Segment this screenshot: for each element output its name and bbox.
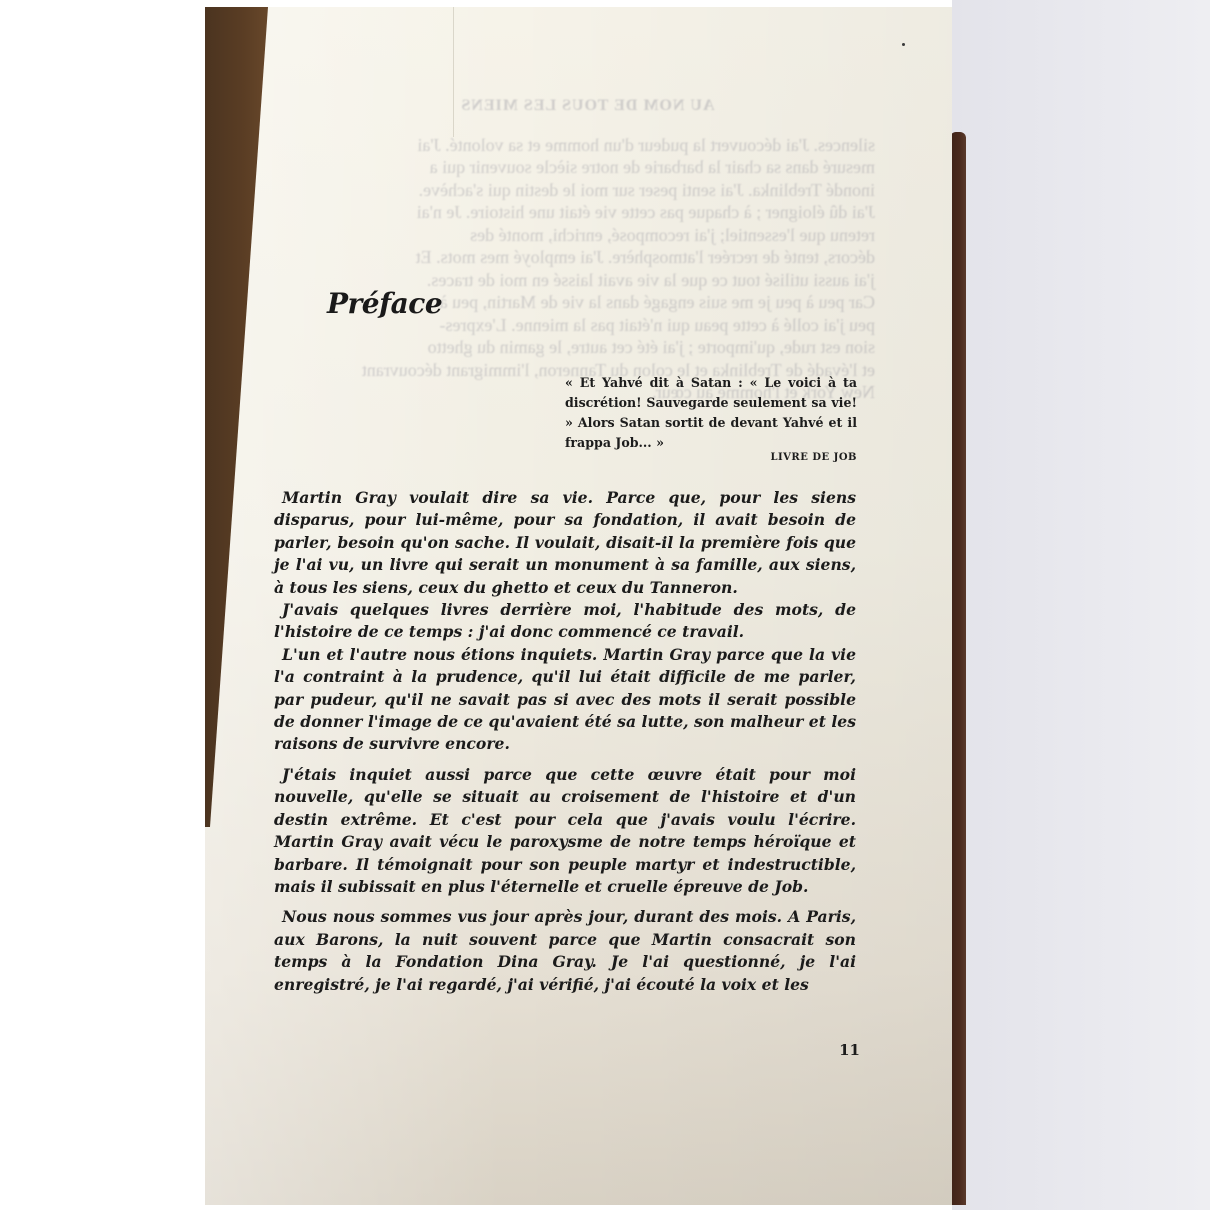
book-cover-edge-right — [950, 132, 966, 1205]
book-cover-edge-left — [205, 7, 275, 827]
bleed-through-line: décors, tenté de recréer l'atmosphère. J… — [300, 246, 875, 269]
paragraph: L'un et l'autre nous étions inquiets. Ma… — [274, 644, 856, 756]
bleed-through-text: AU NOM DE TOUS LES MIENS silences. J'ai … — [300, 95, 875, 404]
bleed-through-line: retenu que l'essentiel; j'ai recomposé, … — [300, 224, 875, 247]
paragraph: Martin Gray voulait dire sa vie. Parce q… — [274, 487, 856, 599]
epigraph-quote: « Et Yahvé dit à Satan : « Le voici à ta… — [565, 373, 857, 453]
paragraph: Nous nous sommes vus jour après jour, du… — [274, 906, 856, 996]
preface-body: Martin Gray voulait dire sa vie. Parce q… — [274, 487, 856, 996]
background-right — [952, 0, 1210, 1210]
bleed-through-line: silences. J'ai découvert la pudeur d'un … — [300, 134, 875, 157]
bleed-through-line: mesuré dans sa chair la barbarie de notr… — [300, 156, 875, 179]
bleed-through-line: J'ai dû éloigner ; à chaque pas cette vi… — [300, 201, 875, 224]
paragraph: J'étais inquiet aussi parce que cette œu… — [274, 764, 856, 898]
bleed-through-lines: silences. J'ai découvert la pudeur d'un … — [300, 134, 875, 404]
epigraph-source: LIVRE DE JOB — [700, 452, 857, 463]
bleed-through-line: inondé Treblinka. J'ai senti peser sur m… — [300, 179, 875, 202]
background-left — [0, 0, 205, 1210]
chapter-title: Préface — [327, 287, 442, 320]
bleed-through-line: sion est rude, qu'importe ; j'ai été cet… — [300, 336, 875, 359]
page-speck — [902, 43, 905, 46]
page-number: 11 — [820, 1041, 860, 1059]
bleed-through-running-head: AU NOM DE TOUS LES MIENS — [300, 95, 875, 118]
paragraph: J'avais quelques livres derrière moi, l'… — [274, 599, 856, 644]
